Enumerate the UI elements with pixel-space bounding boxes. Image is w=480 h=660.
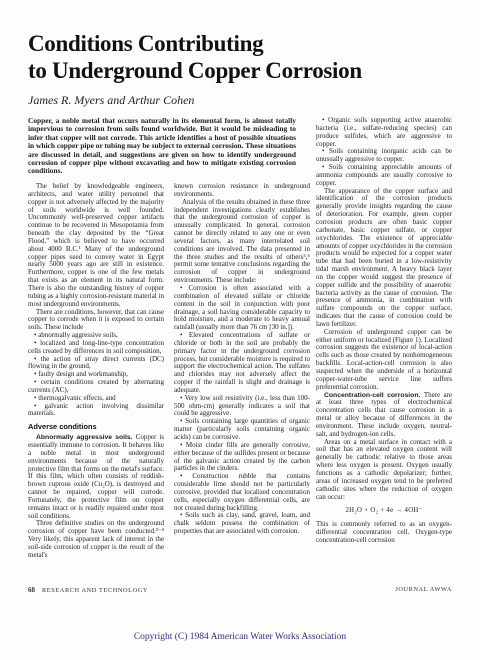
bullet-icon: •: [180, 284, 188, 292]
bullet-icon: •: [322, 147, 329, 155]
bullet-item: • Soils containing appreciable amounts o…: [316, 164, 452, 188]
article-masthead: Conditions Contributing to Underground C…: [28, 30, 428, 108]
page-number: 68: [28, 586, 35, 594]
bullet-icon: •: [180, 441, 186, 449]
paragraph: Abnormally aggressive soils. Copper is e…: [28, 434, 164, 520]
paragraph: Areas on a metal surface in contact with…: [316, 439, 452, 502]
bullet-item: • Soils containing inorganic acids can b…: [316, 148, 452, 164]
text-column-2: known corrosion resistance in undergroun…: [174, 183, 310, 581]
bullet-item: • Construction rubble that contains cons…: [174, 473, 310, 512]
bullet-item: • the action of stray direct currents (D…: [28, 356, 164, 372]
bullet-item: • certain conditions created by alternat…: [28, 379, 164, 395]
text-column-1: The belief by knowledgeable engineers, a…: [28, 183, 164, 581]
bullet-icon: •: [34, 370, 38, 378]
bullet-icon: •: [180, 394, 185, 402]
article-title-line1: Conditions Contributing: [28, 30, 428, 57]
bullet-icon: •: [34, 331, 38, 339]
bullet-item: • Organic soils supporting active anaero…: [316, 117, 452, 148]
journal-article-page: Conditions Contributing to Underground C…: [0, 0, 480, 660]
bullet-item: • localized and long-line-type concentra…: [28, 340, 164, 356]
copyright-notice: Copyright (C) 1984 American Water Works …: [0, 632, 480, 642]
bullet-icon: •: [34, 378, 41, 386]
bullet-icon: •: [34, 355, 41, 363]
footer-journal-label: JOURNAL AWWA: [395, 586, 452, 594]
paragraph: Concentration-cell corrosion. There are …: [316, 392, 452, 439]
bullet-icon: •: [180, 417, 185, 425]
bullet-icon: •: [180, 331, 189, 339]
paragraph: Corrosion of underground copper can be e…: [316, 329, 452, 392]
bullet-icon: •: [322, 117, 328, 124]
bullet-item: • Very low soil resistivity (i.e., less …: [174, 395, 310, 419]
paragraph: There are conditions, however, that can …: [28, 309, 164, 333]
chemical-equation: 2H₂O + O₂ + 4e → 4OH⁻: [316, 507, 452, 515]
bullet-item: • Elevated concentrations of sulfate or …: [174, 332, 310, 395]
bullet-icon: •: [180, 472, 192, 480]
running-footer: 68 RESEARCH AND TECHNOLOGY JOURNAL AWWA: [28, 586, 452, 594]
bullet-item: • Moist cinder fills are generally corro…: [174, 442, 310, 473]
paragraph: This is commonly referred to as an oxyge…: [316, 521, 452, 545]
bullet-item: • galvanic action involving dissimilar m…: [28, 403, 164, 419]
section-heading: Adverse conditions: [28, 423, 164, 431]
paragraph: known corrosion resistance in undergroun…: [174, 183, 310, 199]
bullet-icon: •: [34, 394, 38, 402]
footer-section-label: RESEARCH AND TECHNOLOGY: [42, 587, 148, 594]
bullet-icon: •: [180, 511, 185, 519]
article-title: Conditions Contributing to Underground C…: [28, 30, 428, 84]
paragraph: The belief by knowledgeable engineers, a…: [28, 183, 164, 309]
bullet-icon: •: [34, 339, 40, 347]
bullet-item: • Corrosion is often associated with a c…: [174, 285, 310, 332]
bullet-item: • Soils such as clay, sand, gravel, loam…: [174, 512, 310, 536]
run-in-heading: Abnormally aggressive soils.: [36, 434, 136, 441]
bullet-icon: •: [322, 163, 329, 171]
article-title-line2: to Underground Copper Corrosion: [28, 57, 428, 84]
article-authors: James R. Myers and Arthur Cohen: [28, 93, 428, 108]
bullet-icon: •: [34, 402, 45, 410]
article-abstract: Copper, a noble metal that occurs natura…: [28, 117, 296, 176]
paragraph: Three definitive studies on the undergro…: [28, 520, 164, 559]
run-in-heading: Concentration-cell corrosion.: [324, 392, 424, 399]
paragraph: The appearance of the copper surface and…: [316, 188, 452, 329]
bullet-item: • Soils containing large quantities of o…: [174, 418, 310, 442]
text-column-3: • Organic soils supporting active anaero…: [316, 117, 452, 581]
paragraph: Analysis of the results obtained in thes…: [174, 199, 310, 285]
footer-left: 68 RESEARCH AND TECHNOLOGY: [28, 586, 148, 594]
